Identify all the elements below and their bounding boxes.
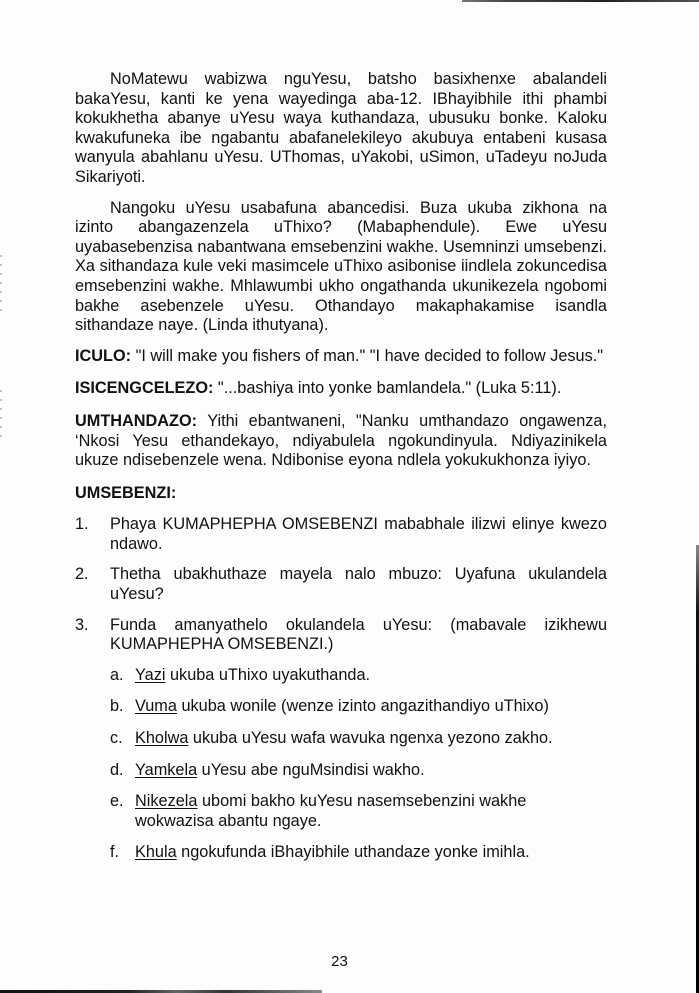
step-text: ukuba uYesu wafa wavuka ngenxa yezono za…: [188, 729, 552, 747]
step-keyword: Vuma: [135, 697, 177, 715]
step-text: ukuba wonile (wenze izinto angazithandiy…: [177, 697, 549, 715]
step-item: f. Khula ngokufunda iBhayibhile uthandaz…: [110, 843, 607, 863]
activity-item: 3. Funda amanyathelo okulandela uYesu: (…: [75, 616, 607, 863]
umthandazo-paragraph: UMTHANDAZO: Yithi ebantwaneni, "Nanku um…: [75, 412, 607, 471]
step-item: e. Nikezela ubomi bakho kuYesu nasemsebe…: [110, 792, 607, 831]
iculo-line: ICULO: "I will make you fishers of man."…: [75, 347, 607, 367]
paragraph-disciples: NoMatewu wabizwa nguYesu, batsho basixhe…: [75, 70, 607, 188]
step-item: d. Yamkela uYesu abe nguMsindisi wakho.: [110, 761, 607, 781]
document-page: NoMatewu wabizwa nguYesu, batsho basixhe…: [0, 0, 699, 993]
umthandazo-label: UMTHANDAZO:: [75, 412, 197, 430]
page-number: 23: [0, 953, 679, 970]
item-number: 1.: [75, 515, 89, 535]
step-keyword: Yamkela: [135, 761, 197, 779]
item-number: 3.: [75, 616, 89, 636]
item-text: Funda amanyathelo okulandela uYesu: (mab…: [110, 616, 607, 654]
scan-specks-left: [0, 255, 2, 315]
step-keyword: Yazi: [135, 666, 165, 684]
step-letter: e.: [110, 792, 124, 812]
page-content: NoMatewu wabizwa nguYesu, batsho basixhe…: [75, 70, 607, 875]
step-letter: f.: [110, 843, 119, 863]
step-keyword: Kholwa: [135, 729, 188, 747]
scan-specks-left: [0, 390, 2, 440]
step-item: b. Vuma ukuba wonile (wenze izinto angaz…: [110, 697, 607, 717]
step-keyword: Nikezela: [135, 792, 197, 810]
isicengcelezo-text: "...bashiya into yonke bamlandela." (Luk…: [213, 379, 561, 397]
scan-edge-top: [462, 0, 699, 2]
umsebenzi-heading: UMSEBENZI:: [75, 484, 607, 504]
step-letter: a.: [110, 666, 124, 686]
step-item: c. Kholwa ukuba uYesu wafa wavuka ngenxa…: [110, 729, 607, 749]
iculo-label: ICULO:: [75, 347, 131, 365]
steps-list: a. Yazi ukuba uThixo uyakuthanda. b. Vum…: [110, 666, 607, 863]
step-letter: d.: [110, 761, 124, 781]
item-text: Phaya KUMAPHEPHA OMSEBENZI mababhale ili…: [110, 515, 607, 553]
step-letter: b.: [110, 697, 124, 717]
iculo-text: "I will make you fishers of man." "I hav…: [131, 347, 603, 365]
step-text: ukuba uThixo uyakuthanda.: [165, 666, 370, 684]
activity-list: 1. Phaya KUMAPHEPHA OMSEBENZI mababhale …: [75, 515, 607, 863]
isicengcelezo-line: ISICENGCELEZO: "...bashiya into yonke ba…: [75, 379, 607, 399]
step-keyword: Khula: [135, 843, 177, 861]
paragraph-helpers: Nangoku uYesu usabafuna abancedisi. Buza…: [75, 199, 607, 336]
step-text: uYesu abe nguMsindisi wakho.: [197, 761, 424, 779]
item-number: 2.: [75, 565, 89, 585]
isicengcelezo-label: ISICENGCELEZO:: [75, 379, 213, 397]
step-text: ngokufunda iBhayibhile uthandaze yonke i…: [177, 843, 530, 861]
step-letter: c.: [110, 729, 123, 749]
item-text: Thetha ubakhuthaze mayela nalo mbuzo: Uy…: [110, 565, 607, 603]
activity-item: 1. Phaya KUMAPHEPHA OMSEBENZI mababhale …: [75, 515, 607, 554]
activity-item: 2. Thetha ubakhuthaze mayela nalo mbuzo:…: [75, 565, 607, 604]
step-item: a. Yazi ukuba uThixo uyakuthanda.: [110, 666, 607, 686]
